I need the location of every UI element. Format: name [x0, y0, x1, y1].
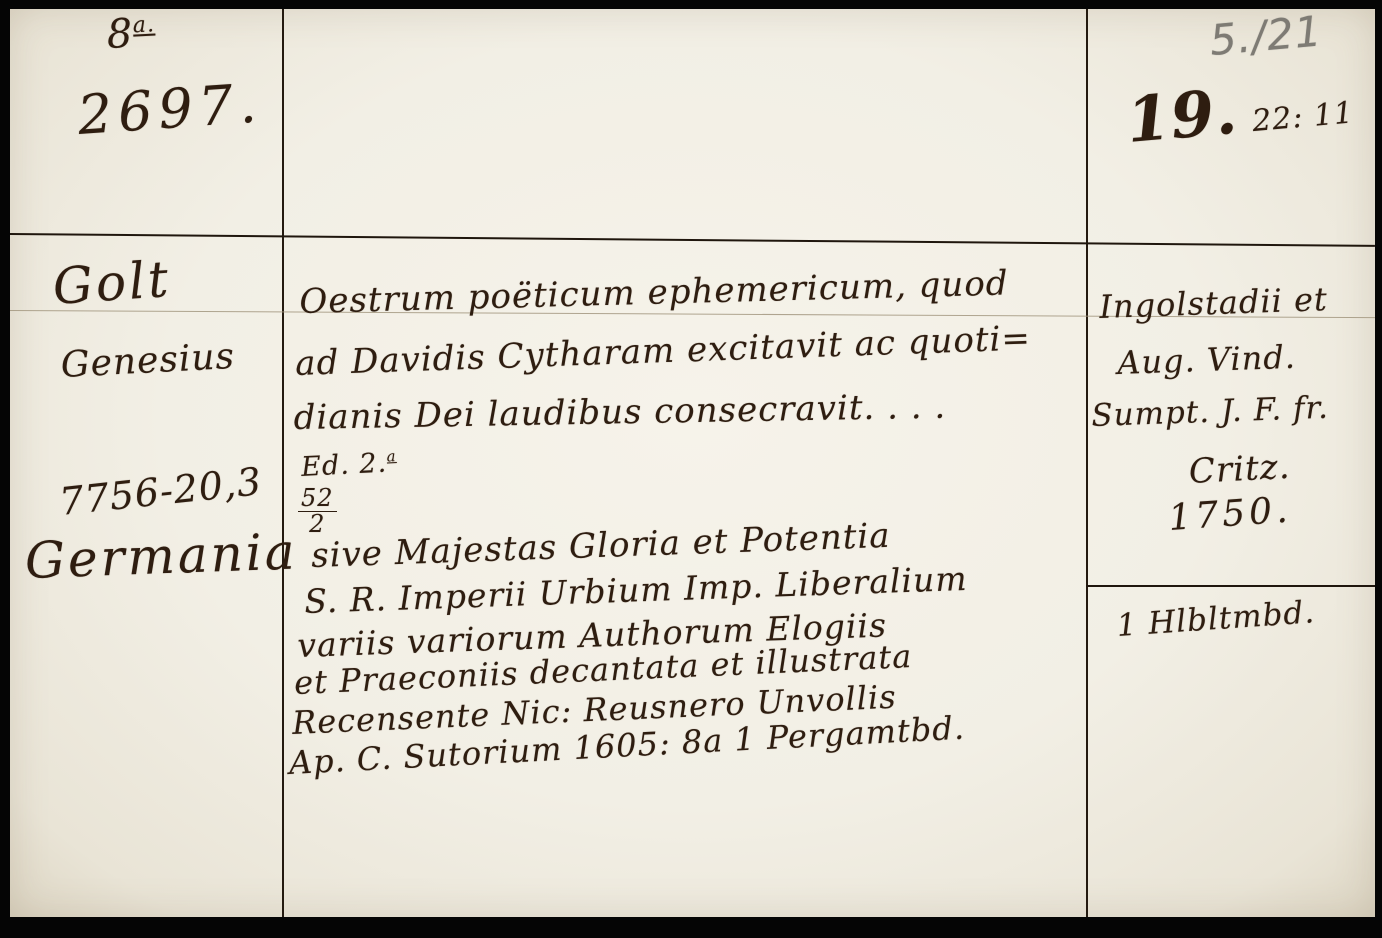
column-divider-right — [1086, 9, 1088, 917]
call-number-bold: 19. — [1124, 75, 1241, 157]
scanned-catalog-card-page: 8a. 2697. 5./21 19.22: 11 Golt Genesius … — [0, 0, 1382, 938]
author-surname: Golt — [51, 250, 173, 316]
column-divider-left — [282, 9, 284, 917]
format-mark: 8a. — [106, 10, 157, 58]
size-fraction-denominator: 2 — [298, 512, 337, 537]
imprint-line-1: Ingolstadii et — [1099, 280, 1329, 326]
imprint-line-4: Critz. — [1188, 447, 1291, 492]
imprint-line-2: Aug. Vind. — [1117, 338, 1297, 382]
format-mark-base: 8 — [106, 11, 135, 58]
rule-right-column — [1086, 585, 1375, 587]
call-number-rest: 22: 11 — [1251, 95, 1356, 139]
size-fraction-numerator: 52 — [298, 486, 337, 512]
edition-superscript: a — [386, 447, 397, 465]
edition-statement: Ed. 2.a — [300, 447, 397, 483]
imprint-year: 1750. — [1167, 490, 1293, 539]
accession-number: 2697. — [76, 71, 265, 147]
pencil-shelfmark: 5./21 — [1208, 6, 1325, 65]
size-fraction: 52 2 — [298, 486, 337, 538]
edition-label: Ed. 2. — [300, 448, 387, 483]
region-label: Germania — [24, 523, 299, 590]
format-mark-superscript: a. — [132, 12, 155, 38]
